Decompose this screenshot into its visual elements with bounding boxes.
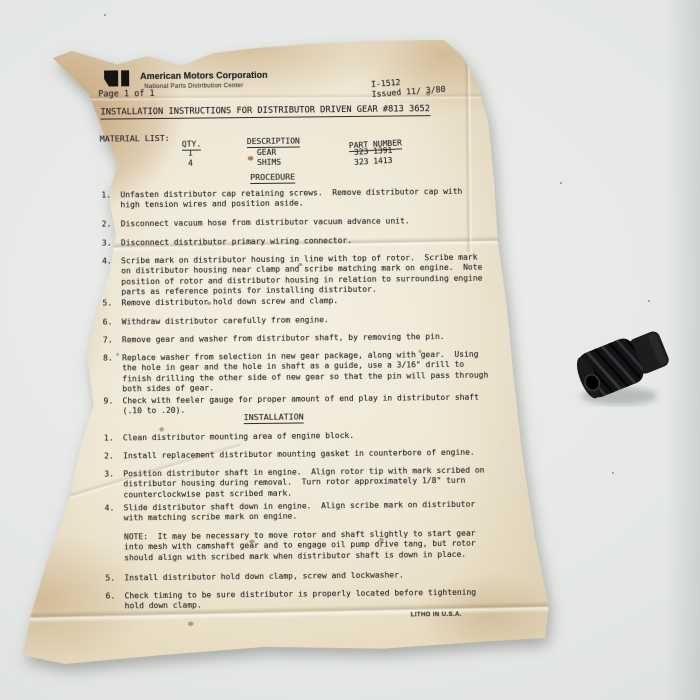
photo-stage: American Motors Corporation National Par… bbox=[0, 0, 700, 700]
step-number: 1. bbox=[104, 433, 114, 443]
installation-step: 6.Check timing to be sure distributor is… bbox=[106, 587, 496, 612]
step-number: 4. bbox=[105, 503, 115, 513]
step-text: Remove gear and washer from distributor … bbox=[122, 332, 493, 346]
step-number: 8. bbox=[103, 353, 113, 363]
step-text: Install distributor hold down clamp, scr… bbox=[124, 569, 495, 583]
division-name: National Parts Distribution Center bbox=[144, 83, 243, 90]
step-text: Install replacement distributor mounting… bbox=[123, 447, 494, 461]
step-number: 2. bbox=[104, 451, 114, 461]
material-description: SHIMS bbox=[257, 157, 281, 166]
column-header-description: DESCRIPTION bbox=[247, 137, 300, 147]
procedure-step: 8.Replace washer from selection in new g… bbox=[103, 350, 493, 395]
amc-logo-icon bbox=[104, 70, 118, 86]
procedure-step: 6.Withdraw distributor carefully from en… bbox=[103, 314, 493, 328]
step-number: 3. bbox=[104, 469, 114, 479]
material-part-number: 323 1413 bbox=[354, 155, 393, 166]
step-number: 7. bbox=[103, 335, 113, 345]
procedure-steps: 1.Unfasten distributor cap retaining scr… bbox=[0, 0, 696, 4]
step-text: Disconnect vacuum hose from distributor … bbox=[121, 216, 492, 230]
material-qty: 1 bbox=[188, 149, 193, 158]
step-number: 6. bbox=[103, 317, 113, 327]
step-text: Clean distributor mounting area of engin… bbox=[123, 429, 494, 443]
procedure-step: 3.Disconnect distributor primary wiring … bbox=[102, 235, 492, 249]
page-label: Page 1 of 1 bbox=[98, 89, 154, 100]
company-name: American Motors Corporation bbox=[140, 70, 268, 81]
step-number: 3. bbox=[102, 238, 112, 248]
step-text: Position distributor shaft in engine. Al… bbox=[123, 465, 494, 500]
step-text: Replace washer from selection in new gea… bbox=[122, 350, 493, 395]
step-text: Scribe mark on distributor housing in li… bbox=[121, 253, 492, 298]
material-row: 4SHIMS323 1413 bbox=[0, 153, 698, 160]
step-number: 2. bbox=[102, 219, 112, 229]
step-number: 9. bbox=[103, 396, 113, 406]
material-qty: 4 bbox=[188, 158, 193, 167]
installation-step: 1.Clean distributor mounting area of eng… bbox=[104, 429, 494, 443]
material-list-rows: 1GEAR323 13914SHIMS323 1413 bbox=[0, 0, 696, 4]
step-number: 5. bbox=[102, 298, 112, 308]
installation-step: 5.Install distributor hold down clamp, s… bbox=[105, 569, 495, 583]
step-text: Unfasten distributor cap retaining screw… bbox=[120, 187, 491, 211]
procedure-heading: PROCEDURE bbox=[250, 172, 295, 182]
litho-mark: LITHO IN U.S.A. bbox=[411, 612, 462, 619]
column-header-qty: QTY. bbox=[182, 140, 201, 149]
installation-note: NOTE: It may be necessary to move rotor … bbox=[124, 529, 476, 564]
installation-heading: INSTALLATION bbox=[244, 411, 304, 422]
procedure-step: 2.Disconnect vacuum hose from distributo… bbox=[102, 216, 492, 230]
installation-steps: 1.Clean distributor mounting area of eng… bbox=[0, 0, 696, 4]
gear-part bbox=[575, 312, 685, 417]
step-text: Slide distributor shaft down in engine. … bbox=[124, 499, 495, 523]
step-number: 6. bbox=[106, 591, 116, 601]
material-description: GEAR bbox=[257, 148, 276, 157]
procedure-step: 1.Unfasten distributor cap retaining scr… bbox=[101, 187, 491, 212]
step-number: 5. bbox=[105, 573, 115, 583]
step-text: Withdraw distributor carefully from engi… bbox=[122, 314, 493, 328]
installation-step: 3.Position distributor shaft in engine. … bbox=[104, 465, 494, 500]
step-number: 4. bbox=[102, 256, 112, 266]
document-title: INSTALLATION INSTRUCTIONS FOR DISTRIBUTO… bbox=[100, 104, 430, 117]
procedure-step: 7.Remove gear and washer from distributo… bbox=[103, 332, 493, 346]
material-list-heading: MATERIAL LIST: bbox=[100, 133, 170, 144]
installation-step: 2.Install replacement distributor mounti… bbox=[104, 447, 494, 461]
step-text: Check timing to be sure distributor is p… bbox=[125, 587, 496, 611]
form-number-block: I-1512Issued 11/ 3/80 bbox=[371, 74, 446, 99]
step-number: 1. bbox=[101, 190, 111, 200]
step-text: Disconnect distributor primary wiring co… bbox=[121, 235, 492, 249]
step-text: Check with feeler gauge for proper amoun… bbox=[122, 393, 493, 417]
installation-step: 4.Slide distributor shaft down in engine… bbox=[105, 499, 495, 524]
amc-logo-icon bbox=[121, 70, 129, 86]
procedure-step: 4.Scribe mark on distributor housing in … bbox=[102, 253, 492, 298]
